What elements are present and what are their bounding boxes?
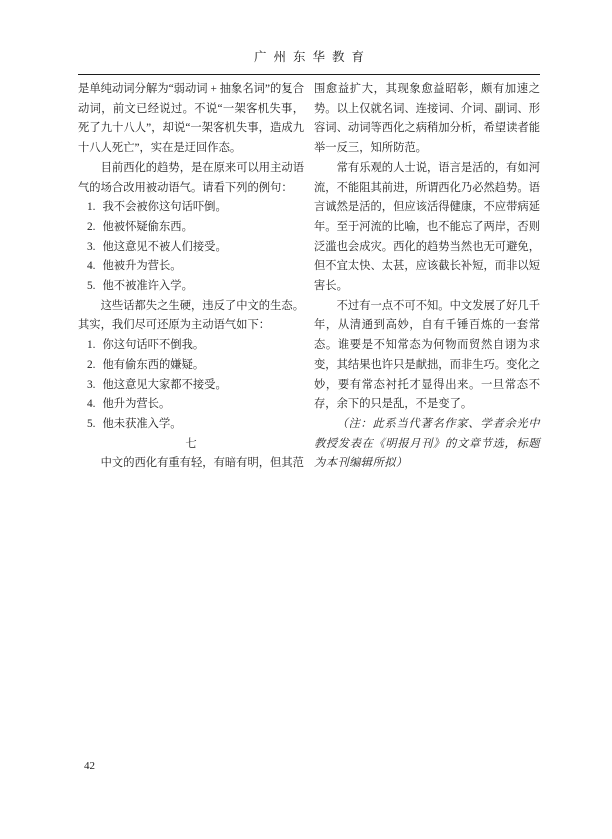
- paragraph: 目前西化的趋势，是在原来可以用主动语气的场合改用被动语气。请看下列的例句：: [78, 159, 304, 198]
- paragraph: 常有乐观的人士说，语言是活的，有如河流，不能阻其前进，所谓西化乃必然趋势。语言诚…: [314, 159, 540, 297]
- paragraph: 不过有一点不可不知。中文发展了好几千年，从清通到高妙，自有千锤百炼的一套常态。谁…: [314, 297, 540, 415]
- list-item: 1.你这句话吓不倒我。: [78, 336, 304, 356]
- page-number: 42: [84, 760, 95, 772]
- list-number: 3.: [87, 376, 95, 396]
- left-column: 是单纯动词分解为“弱动词 + 抽象名词”的复合动词，前文已经说过。不说“一架客机…: [78, 80, 304, 474]
- list-text: 他未获准入学。: [102, 418, 181, 430]
- list-number: 5.: [87, 277, 95, 297]
- list-item: 3.他这意见不被人们接受。: [78, 238, 304, 258]
- page-header: 广州东华教育: [78, 47, 540, 75]
- list-number: 1.: [87, 336, 95, 356]
- paragraph: 中文的西化有重有轻，有暗有明，但其范: [78, 454, 304, 474]
- paragraph-continuation: 是单纯动词分解为“弱动词 + 抽象名词”的复合动词，前文已经说过。不说“一架客机…: [78, 80, 304, 159]
- list-number: 2.: [87, 218, 95, 238]
- list-item: 4.他被升为营长。: [78, 257, 304, 277]
- header-title: 广州东华教育: [85, 47, 540, 65]
- section-number-heading: 七: [78, 435, 304, 455]
- content-columns: 是单纯动词分解为“弱动词 + 抽象名词”的复合动词，前文已经说过。不说“一架客机…: [78, 80, 540, 474]
- list-number: 4.: [87, 257, 95, 277]
- list-text: 我不会被你这句话吓倒。: [102, 201, 226, 213]
- right-column: 围愈益扩大，其现象愈益昭彰，颇有加速之势。以上仅就名词、连接词、介词、副词、形容…: [314, 80, 540, 474]
- list-number: 4.: [87, 395, 95, 415]
- passive-examples-list: 1.我不会被你这句话吓倒。 2.他被怀疑偷东西。 3.他这意见不被人们接受。 4…: [78, 198, 304, 297]
- list-item: 1.我不会被你这句话吓倒。: [78, 198, 304, 218]
- list-number: 1.: [87, 198, 95, 218]
- paragraph: 这些话都失之生硬，违反了中文的生态。其实，我们尽可还原为主动语气如下：: [78, 297, 304, 336]
- editor-note: （注：此系当代著名作家、学者余光中教授发表在《明报月刊》的文章节选，标题为本刊编…: [314, 415, 540, 474]
- list-text: 你这句话吓不倒我。: [102, 339, 204, 351]
- list-text: 他升为营长。: [102, 398, 170, 410]
- list-item: 5.他未获准入学。: [78, 415, 304, 435]
- active-examples-list: 1.你这句话吓不倒我。 2.他有偷东西的嫌疑。 3.他这意见大家都不接受。 4.…: [78, 336, 304, 435]
- list-text: 他被升为营长。: [102, 260, 181, 272]
- list-text: 他被怀疑偷东西。: [102, 221, 192, 233]
- list-item: 2.他被怀疑偷东西。: [78, 218, 304, 238]
- list-number: 5.: [87, 415, 95, 435]
- list-text: 他有偷东西的嫌疑。: [102, 359, 204, 371]
- list-item: 3.他这意见大家都不接受。: [78, 376, 304, 396]
- list-item: 2.他有偷东西的嫌疑。: [78, 356, 304, 376]
- paragraph-continuation: 围愈益扩大，其现象愈益昭彰，颇有加速之势。以上仅就名词、连接词、介词、副词、形容…: [314, 80, 540, 159]
- list-number: 3.: [87, 238, 95, 258]
- document-page: 广州东华教育 是单纯动词分解为“弱动词 + 抽象名词”的复合动词，前文已经说过。…: [0, 0, 612, 839]
- list-text: 他不被准许入学。: [102, 280, 192, 292]
- list-text: 他这意见大家都不接受。: [102, 379, 226, 391]
- list-item: 5.他不被准许入学。: [78, 277, 304, 297]
- list-item: 4.他升为营长。: [78, 395, 304, 415]
- list-number: 2.: [87, 356, 95, 376]
- list-text: 他这意见不被人们接受。: [102, 241, 226, 253]
